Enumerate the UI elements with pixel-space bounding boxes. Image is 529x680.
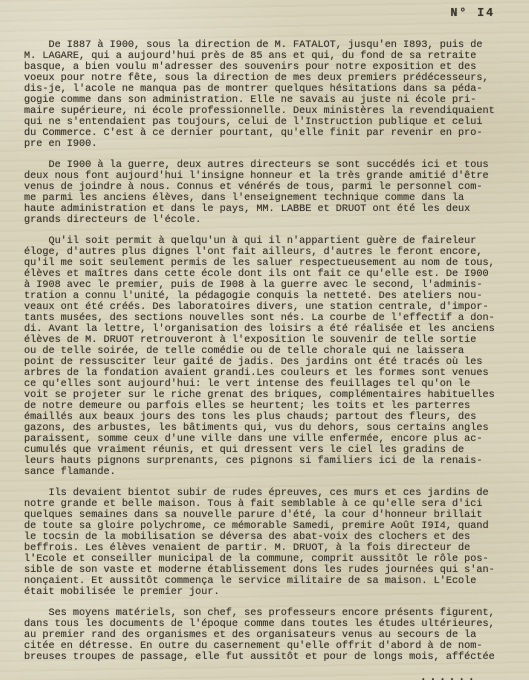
paragraph-5: Ses moyens matériels, son chef, ses prof… [24, 608, 521, 663]
document-page: N° I4 De I887 à I900, sous la direction … [0, 0, 529, 680]
document-body: De I887 à I900, sous la direction de M. … [24, 40, 521, 680]
continuation-dots: ...... [24, 673, 521, 680]
paragraph-1: De I887 à I900, sous la direction de M. … [24, 40, 521, 150]
page-number: N° I4 [450, 7, 495, 20]
paragraph-2: De I900 à la guerre, deux autres directe… [24, 160, 521, 226]
paragraph-3: Qu'il soit permit à quelqu'un à qui il n… [24, 236, 521, 478]
paragraph-4: Ils devaient bientot subir de rudes épre… [24, 488, 521, 598]
